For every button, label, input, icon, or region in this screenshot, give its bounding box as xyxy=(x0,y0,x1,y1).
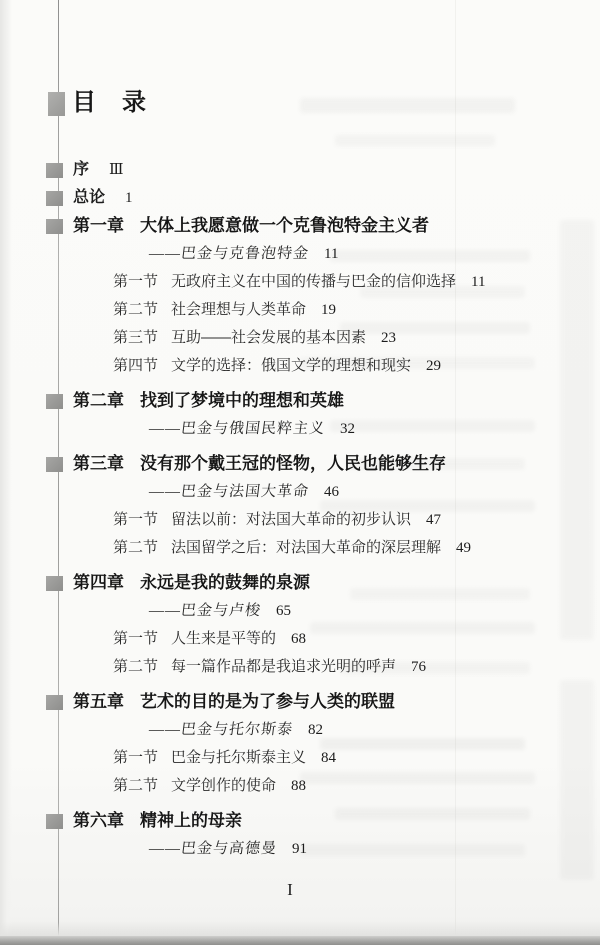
section-title: 人生来是平等的 xyxy=(171,630,276,647)
page-number: 46 xyxy=(324,484,339,500)
chapter-subtitle: ——巴金与克鲁泡特金 xyxy=(147,240,310,268)
toc-list: 序Ⅲ 总论1 第一章大体上我愿意做一个克鲁泡特金主义者 ——巴金与克鲁泡特金11… xyxy=(0,156,600,863)
page-number: 88 xyxy=(291,778,306,794)
toc-row-front: 总论1 xyxy=(0,184,600,212)
toc-row-subtitle: ——巴金与克鲁泡特金11 xyxy=(0,240,600,268)
section-title: 巴金与托尔斯泰主义 xyxy=(171,749,306,766)
page-number: 23 xyxy=(381,330,396,346)
page-bottom-shading xyxy=(0,922,600,936)
chapter-number: 第一章 xyxy=(73,216,124,235)
chapter-subtitle: ——巴金与俄国民粹主义 xyxy=(147,415,326,443)
bullet-square xyxy=(46,695,63,710)
section-title: 每一篇作品都是我追求光明的呼声 xyxy=(171,658,396,675)
page-number: 1 xyxy=(125,190,133,206)
section-number: 第一节 xyxy=(113,749,158,766)
toc-row-chapter: 第四章永远是我的鼓舞的泉源 xyxy=(0,569,600,597)
page-number: 47 xyxy=(426,512,441,528)
section-number: 第四节 xyxy=(113,357,158,374)
bullet-square xyxy=(46,219,63,234)
page-number: Ⅲ xyxy=(109,162,123,178)
chapter-number: 第六章 xyxy=(73,811,124,830)
footer-page-number: I xyxy=(0,876,580,904)
section-number: 第二节 xyxy=(113,658,158,675)
chapter-title: 大体上我愿意做一个克鲁泡特金主义者 xyxy=(140,216,429,235)
toc-row-section: 第一节无政府主义在中国的传播与巴金的信仰选择11 xyxy=(0,268,600,296)
page-number: 49 xyxy=(456,540,471,556)
toc-row-section: 第二节法国留学之后：对法国大革命的深层理解49 xyxy=(0,534,600,562)
toc-row-section: 第二节社会理想与人类革命19 xyxy=(0,296,600,324)
scanned-toc-page: 目 录 序Ⅲ 总论1 第一章大体上我愿意做一个克鲁泡特金主义者 ——巴金与克鲁泡… xyxy=(0,0,600,945)
toc-row-chapter: 第三章没有那个戴王冠的怪物，人民也能够生存 xyxy=(0,450,600,478)
page-number: 84 xyxy=(321,750,336,766)
chapter-subtitle: ——巴金与高德曼 xyxy=(147,835,278,863)
toc-row-section: 第二节文学创作的使命88 xyxy=(0,772,600,800)
section-title: 文学创作的使命 xyxy=(171,777,276,794)
toc-row-subtitle: ——巴金与法国大革命46 xyxy=(0,478,600,506)
bullet-square xyxy=(46,394,63,409)
toc-row-subtitle: ——巴金与高德曼91 xyxy=(0,835,600,863)
section-number: 第二节 xyxy=(113,539,158,556)
page-bottom-edge xyxy=(0,936,600,945)
toc-row-subtitle: ——巴金与卢梭65 xyxy=(0,597,600,625)
section-title: 互助——社会发展的基本因素 xyxy=(171,329,366,346)
toc-row-chapter: 第六章精神上的母亲 xyxy=(0,807,600,835)
toc-row-section: 第四节文学的选择：俄国文学的理想和现实29 xyxy=(0,352,600,380)
chapter-number: 第五章 xyxy=(73,692,124,711)
toc-row-chapter: 第二章找到了梦境中的理想和英雄 xyxy=(0,387,600,415)
toc-row-section: 第一节人生来是平等的68 xyxy=(0,625,600,653)
bullet-square xyxy=(46,163,63,178)
toc-row-section: 第一节留法以前：对法国大革命的初步认识47 xyxy=(0,506,600,534)
page-number: 91 xyxy=(292,841,307,857)
toc-row-section: 第一节巴金与托尔斯泰主义84 xyxy=(0,744,600,772)
chapter-number: 第二章 xyxy=(73,391,124,410)
bullet-square xyxy=(48,92,65,116)
section-title: 留法以前：对法国大革命的初步认识 xyxy=(171,511,411,528)
bullet-square xyxy=(46,191,63,206)
section-number: 第二节 xyxy=(113,777,158,794)
section-title: 社会理想与人类革命 xyxy=(171,301,306,318)
section-number: 第二节 xyxy=(113,301,158,318)
chapter-subtitle: ——巴金与托尔斯泰 xyxy=(147,716,294,744)
page-number: 68 xyxy=(291,631,306,647)
section-number: 第一节 xyxy=(113,511,158,528)
page-title: 目 录 xyxy=(72,88,147,120)
chapter-number: 第四章 xyxy=(73,573,124,592)
toc-row-section: 第二节每一篇作品都是我追求光明的呼声76 xyxy=(0,653,600,681)
bullet-square xyxy=(46,457,63,472)
page-number: 11 xyxy=(471,274,485,290)
front-label: 序 xyxy=(73,161,89,178)
page-number: 32 xyxy=(340,421,355,437)
chapter-title: 找到了梦境中的理想和英雄 xyxy=(140,391,344,410)
bullet-square xyxy=(46,576,63,591)
section-number: 第一节 xyxy=(113,630,158,647)
chapter-title: 永远是我的鼓舞的泉源 xyxy=(140,573,310,592)
toc-row-subtitle: ——巴金与俄国民粹主义32 xyxy=(0,415,600,443)
toc-row-chapter: 第五章艺术的目的是为了参与人类的联盟 xyxy=(0,688,600,716)
toc-row-front: 序Ⅲ xyxy=(0,156,600,184)
bullet-square xyxy=(46,814,63,829)
bleedthrough-smudge xyxy=(335,135,495,146)
chapter-number: 第三章 xyxy=(73,454,124,473)
chapter-title: 精神上的母亲 xyxy=(140,811,242,830)
page-number: 82 xyxy=(308,722,323,738)
page-number: 11 xyxy=(324,246,338,262)
page-number: 65 xyxy=(276,603,291,619)
toc-heading-block: 目 录 xyxy=(0,88,600,120)
section-number: 第三节 xyxy=(113,329,158,346)
toc-row-section: 第三节互助——社会发展的基本因素23 xyxy=(0,324,600,352)
section-title: 文学的选择：俄国文学的理想和现实 xyxy=(171,357,411,374)
chapter-subtitle: ——巴金与法国大革命 xyxy=(147,478,310,506)
section-title: 无政府主义在中国的传播与巴金的信仰选择 xyxy=(171,273,456,290)
page-number: 29 xyxy=(426,358,441,374)
toc-row-subtitle: ——巴金与托尔斯泰82 xyxy=(0,716,600,744)
section-title: 法国留学之后：对法国大革命的深层理解 xyxy=(171,539,441,556)
chapter-title: 艺术的目的是为了参与人类的联盟 xyxy=(140,692,395,711)
chapter-subtitle: ——巴金与卢梭 xyxy=(147,597,262,625)
page-number: 19 xyxy=(321,302,336,318)
section-number: 第一节 xyxy=(113,273,158,290)
front-label: 总论 xyxy=(73,189,105,206)
chapter-title: 没有那个戴王冠的怪物，人民也能够生存 xyxy=(140,454,446,473)
page-number: 76 xyxy=(411,659,426,675)
toc-row-chapter: 第一章大体上我愿意做一个克鲁泡特金主义者 xyxy=(0,212,600,240)
